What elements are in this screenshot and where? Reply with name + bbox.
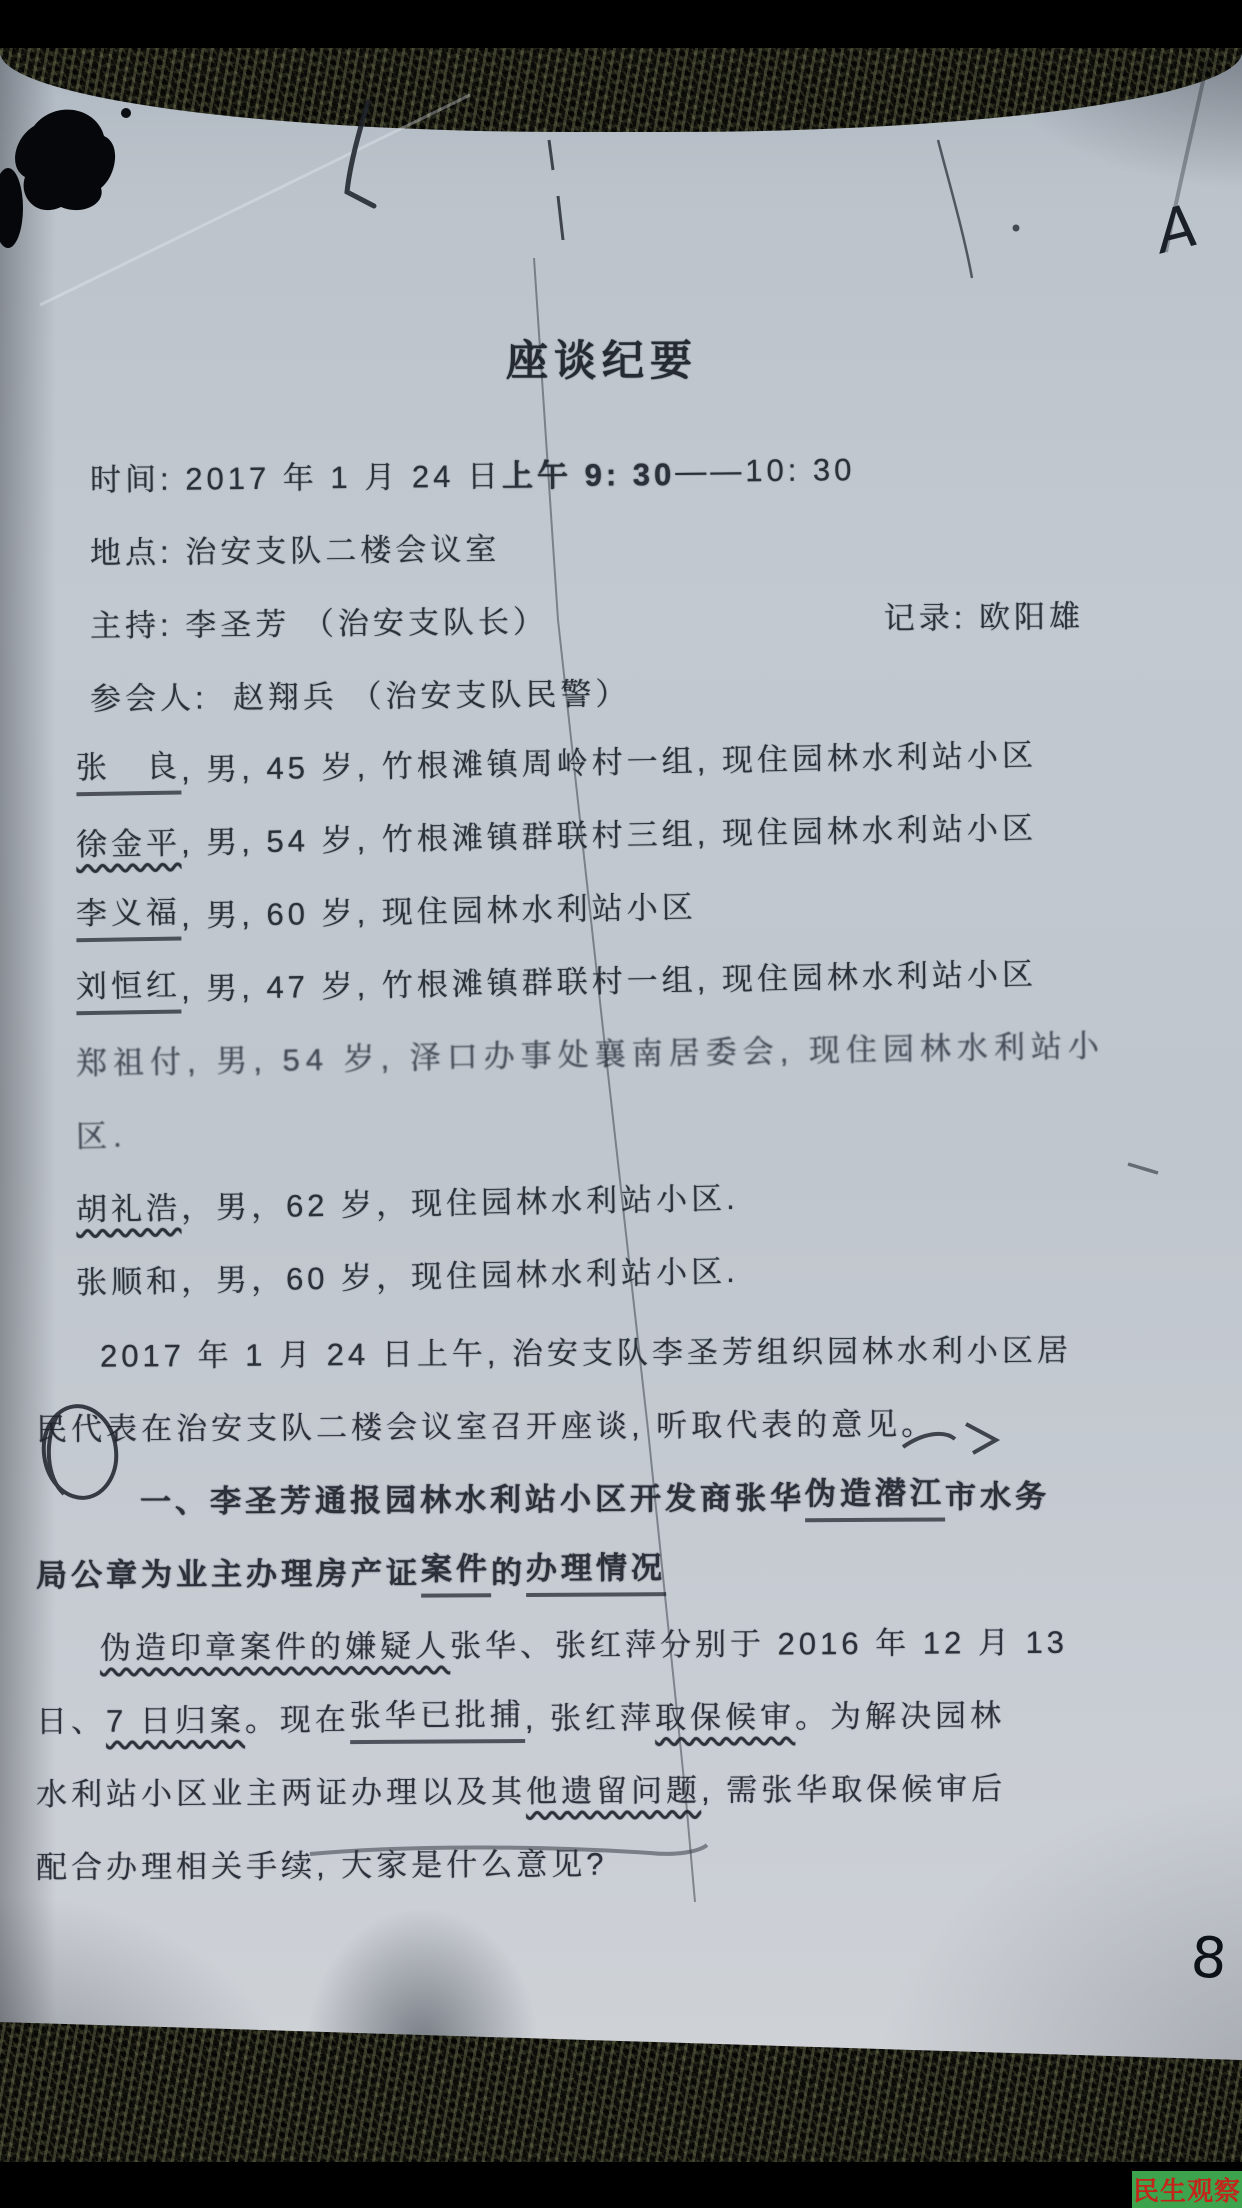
doc-text-right: 记录: 欧阳雄 xyxy=(884,591,1085,638)
doc-text-segment: 市水务 xyxy=(945,1471,1050,1517)
doc-text-segment: , 男, 47 岁, 竹根滩镇群联村一组, 现住园林水利站小区 xyxy=(181,949,1038,1009)
doc-text-segment: ——10: 30 xyxy=(675,452,856,490)
document-title: 座谈纪要 xyxy=(14,324,1190,397)
doc-text-segment: 民代表在治安支队二楼会议室召开座谈, 听取代表的意见。 xyxy=(36,1399,936,1449)
doc-text-segment: , 男, 45 岁, 竹根滩镇周岭村一组, 现住园林水利站小区 xyxy=(181,730,1038,790)
doc-text-segment: 张华、张红萍分别于 2016 年 12 月 13 xyxy=(450,1617,1068,1666)
doc-text-segment: 主持: 李圣芳 （治安支队长） xyxy=(90,596,548,645)
black-band-top xyxy=(0,0,1242,48)
doc-text-segment: 。为解决园林 xyxy=(795,1690,1005,1736)
doc-text-segment: 的 xyxy=(491,1547,526,1592)
document-lines: 时间: 2017 年 1 月 24 日上午 9: 30——10: 30地点: 治… xyxy=(36,441,1212,1901)
doc-text-segment: 区. xyxy=(76,1110,128,1156)
doc-line: 民代表在治安支队二楼会议室召开座谈, 听取代表的意见。 xyxy=(36,1383,1212,1463)
watermark-text: 民生观察 xyxy=(1133,2171,1241,2208)
doc-line: 地点: 治安支队二楼会议室 xyxy=(36,503,1213,587)
doc-line: 伪造印章案件的嫌疑人张华、张红萍分别于 2016 年 12 月 13 xyxy=(36,1602,1212,1682)
doc-text-segment: 伪造潜江 xyxy=(805,1467,945,1522)
doc-text-segment: 时间: 2017 年 1 月 24 日 xyxy=(90,451,502,500)
doc-text-segment: 张 良 xyxy=(76,740,182,796)
doc-text-segment: 上午 9: 30 xyxy=(502,449,676,496)
doc-text-segment: 李义福 xyxy=(76,886,182,942)
doc-line: 配合办理相关手续, 大家是什么意见? xyxy=(36,1821,1212,1901)
watermark-badge: 民生观察 xyxy=(1132,2171,1242,2208)
doc-line: 2017 年 1 月 24 日上午, 治安支队李圣芳组织园林水利小区居 xyxy=(36,1310,1212,1390)
photo-scene: 座谈纪要 时间: 2017 年 1 月 24 日上午 9: 30——10: 30… xyxy=(0,0,1242,2208)
doc-text-segment: 日、 xyxy=(36,1696,106,1741)
doc-text-segment: 。现在 xyxy=(245,1694,350,1740)
doc-line: 主持: 李圣芳 （治安支队长）记录: 欧阳雄 xyxy=(36,576,1213,660)
doc-text-segment: , 张红萍 xyxy=(525,1692,656,1738)
doc-text-segment: 2017 年 1 月 24 日上午, 治安支队李圣芳组织园林水利小区居 xyxy=(100,1325,1072,1376)
doc-line: 水利站小区业主两证办理以及其他遗留问题, 需张华取保候审后 xyxy=(36,1748,1212,1828)
doc-text-segment: 配合办理相关手续, 大家是什么意见? xyxy=(36,1839,608,1887)
doc-text-segment: 案件 xyxy=(421,1543,491,1597)
doc-text-segment: 张华已批捕 xyxy=(350,1689,525,1744)
doc-text-segment: 郑祖付, 男, 54 岁, 泽口办事处襄南居委会, 现住园林水利站小 xyxy=(76,1020,1106,1083)
doc-text-segment: 水利站小区业主两证办理以及其 xyxy=(36,1766,526,1814)
doc-text-segment: ，男，62 岁，现住园林水利站小区. xyxy=(181,1173,739,1228)
doc-text-segment: 取保候审 xyxy=(655,1691,795,1737)
doc-text-segment: 张顺和，男，60 岁，现住园林水利站小区. xyxy=(76,1246,739,1303)
doc-text-segment: 他遗留问题 xyxy=(526,1765,701,1811)
black-band-bottom xyxy=(0,2162,1242,2208)
doc-text-segment: 胡礼浩 xyxy=(76,1182,182,1229)
document: 座谈纪要 时间: 2017 年 1 月 24 日上午 9: 30——10: 30… xyxy=(36,324,1212,1901)
doc-line: 日、7 日归案。现在张华已批捕, 张红萍取保候审。为解决园林 xyxy=(36,1675,1212,1755)
doc-text-segment: , 男, 60 岁, 现住园林水利站小区 xyxy=(181,881,697,935)
doc-line: 时间: 2017 年 1 月 24 日上午 9: 30——10: 30 xyxy=(36,430,1213,514)
doc-text-segment: 伪造印章案件的嫌疑人 xyxy=(100,1620,450,1667)
doc-line: 一、李圣芳通报园林水利站小区开发商张华伪造潜江市水务 xyxy=(36,1456,1212,1536)
doc-text-segment: 参会人: 赵翔兵 （治安支队民警） xyxy=(90,668,631,718)
doc-text-segment: , 需张华取保候审后 xyxy=(701,1763,1007,1810)
doc-text-segment: , 男, 54 岁, 竹根滩镇群联村三组, 现住园林水利站小区 xyxy=(181,803,1038,863)
doc-text-segment: 7 日归案 xyxy=(106,1695,245,1741)
doc-text-segment: 办理情况 xyxy=(526,1542,666,1597)
document-paper: 座谈纪要 时间: 2017 年 1 月 24 日上午 9: 30——10: 30… xyxy=(0,48,1242,2064)
doc-text-segment: 地点: 治安支队二楼会议室 xyxy=(90,524,501,573)
doc-text-segment: 徐金平 xyxy=(76,817,182,864)
doc-line: 局公章为业主办理房产证案件的办理情况 xyxy=(36,1529,1212,1609)
doc-text-segment: 局公章为业主办理房产证 xyxy=(36,1548,421,1595)
doc-text-segment: 一、李圣芳通报园林水利站小区开发商张华 xyxy=(140,1472,805,1521)
doc-text-segment: 刘恒红 xyxy=(76,959,182,1015)
